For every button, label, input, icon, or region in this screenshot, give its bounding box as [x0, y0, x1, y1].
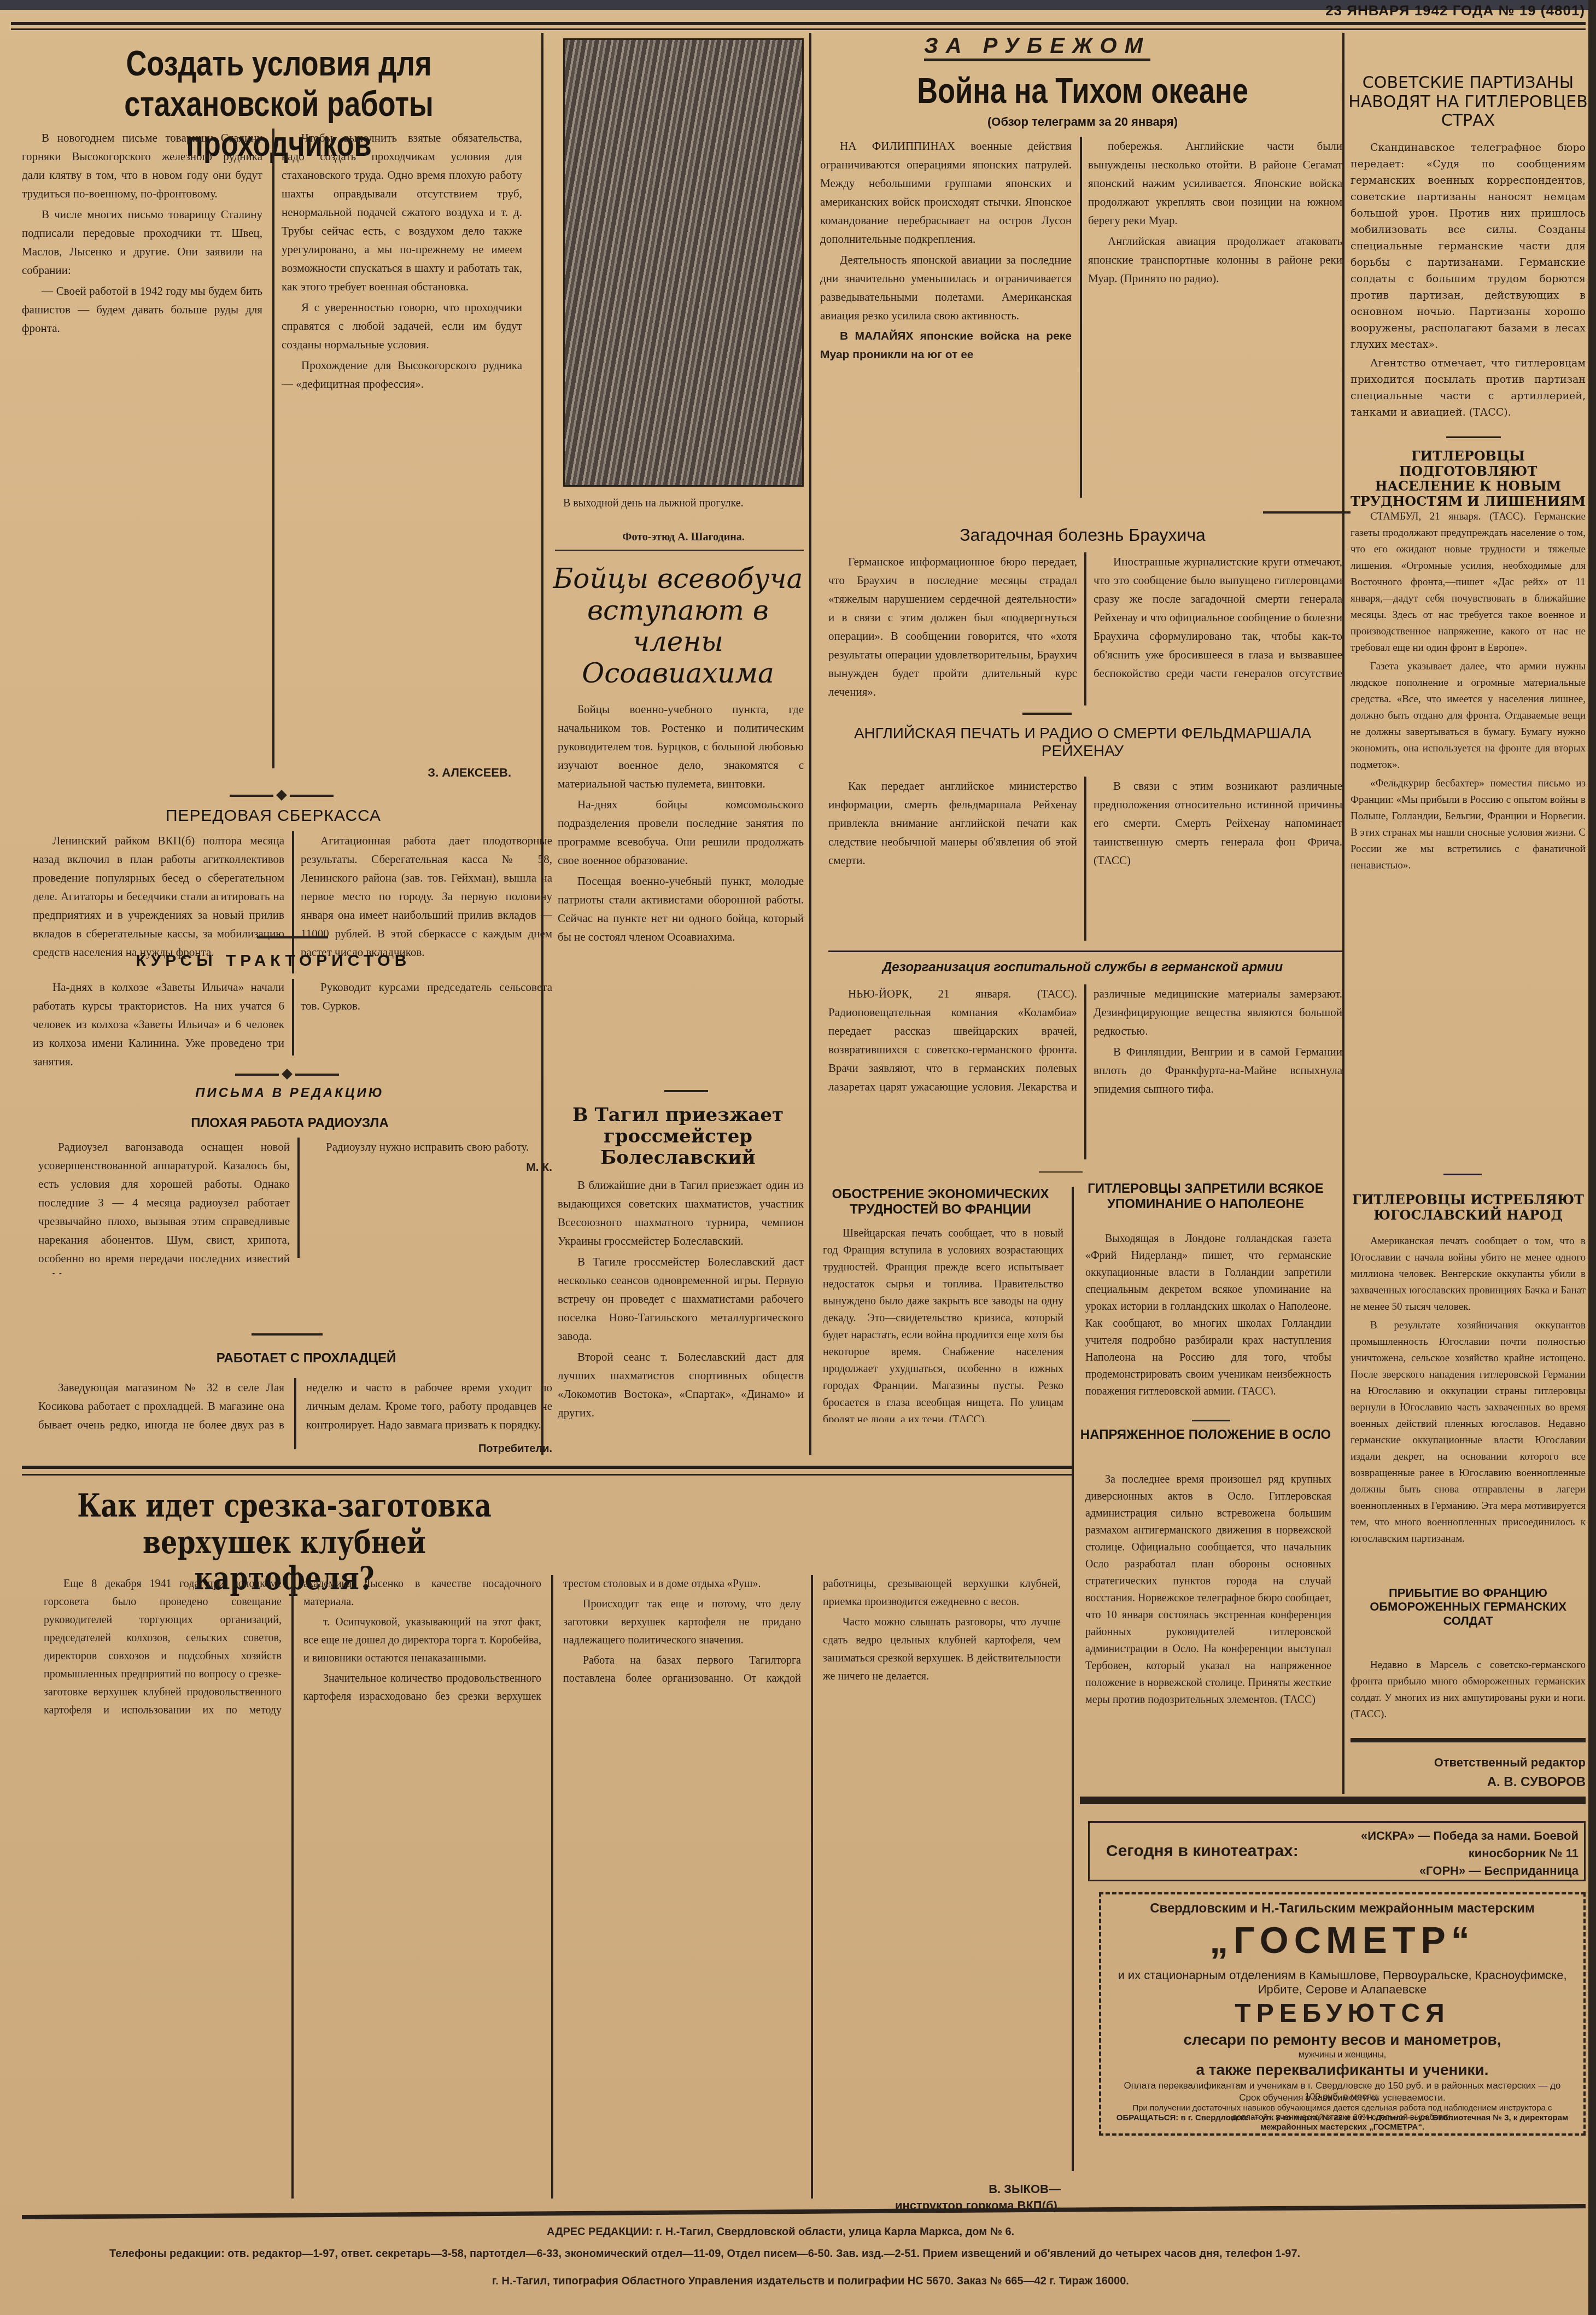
article-stakhanov-col2: Чтобы выполнить взятые обязательства, на…: [282, 129, 522, 763]
column-divider: [1072, 1187, 1074, 2171]
separator-line: [1446, 436, 1501, 438]
editor-rule: [1351, 1738, 1586, 1742]
gosmetr-ad: Свердловским и Н.-Тагильским межрайонным…: [1099, 1892, 1586, 2136]
section-letters: ПИСЬМА В РЕДАКЦИЮ: [22, 1086, 558, 1101]
article-radio-col2: Радиоузлу нужно исправить свою работу. М…: [306, 1138, 552, 1274]
column-divider: [292, 979, 294, 1056]
footer-address: АДРЕС РЕДАКЦИИ: г. Н.-Тагил, Свердловско…: [547, 2226, 1586, 2238]
paragraph: Выходящая в Лондоне голландская газета «…: [1085, 1231, 1331, 1395]
binding-edge: [1588, 0, 1596, 2315]
cinema-box: Сегодня в кинотеатрах: «ИСКРА» — Победа …: [1088, 1821, 1586, 1881]
headline-shop: РАБОТАЕТ С ПРОХЛАДЦЕЙ: [22, 1351, 591, 1366]
headline-radio: ПЛОХАЯ РАБОТА РАДИОУЗЛА: [22, 1116, 558, 1131]
ad-gender: мужчины и женщины,: [1101, 2050, 1583, 2060]
headline-napoleon: ГИТЛЕРОВЦЫ ЗАПРЕТИЛИ ВСЯКОЕ УПОМИНАНИЕ О…: [1077, 1181, 1334, 1211]
paragraph: Часто можно слышать разговоры, что лучше…: [823, 1613, 1061, 1686]
headline-partisans: СОВЕТСКИЕ ПАРТИЗАНЫ НАВОДЯТ НА ГИТЛЕРОВЦ…: [1348, 74, 1588, 131]
paragraph: Швейцарская печать сообщает, что в новый…: [823, 1225, 1063, 1422]
paragraph: Агитационная работа дает плодотворные ре…: [301, 831, 552, 961]
article-frostbite: Недавно в Марсель с советско-германского…: [1351, 1657, 1586, 1734]
paragraph: Чтобы выполнить взятые обязательства, на…: [282, 129, 522, 296]
paragraph: Бойцы военно-учебного пункта, где началь…: [558, 700, 804, 793]
paragraph: Посещая военно-учебный пункт, молодые па…: [558, 872, 804, 946]
column-divider: [1080, 137, 1082, 498]
paragraph: В МАЛАЙЯХ японские войска на реке Муар п…: [820, 327, 1072, 364]
ornament-line: [295, 1074, 339, 1076]
photo-credit: Фото-этюд А. Шагодина.: [563, 529, 804, 545]
article-potato: Еще 8 декабря 1941 года при исполкоме го…: [44, 1575, 1061, 2199]
separator-line: [252, 1333, 323, 1336]
column-divider: [809, 33, 811, 1455]
headline-tractor: КУРСЫ ТРАКТОРИСТОВ: [22, 952, 525, 971]
ad-branches: и их стационарным отделениям в Камышлове…: [1101, 1968, 1583, 1997]
footer-printer: г. Н.-Тагил, типография Областного Управ…: [492, 2275, 1531, 2288]
paragraph: В Тагиле гроссмейстер Болеславский даст …: [558, 1252, 804, 1345]
article-tractor-col1: На-днях в колхозе «Заветы Ильича» начали…: [33, 978, 284, 1076]
article-pacific-col2: побережья. Английские части были вынужде…: [1088, 137, 1342, 498]
paragraph: Как передает английское министерство инф…: [828, 777, 1077, 870]
article-stakhanov-col1: В новогоднем письме товарищу Сталину гор…: [22, 129, 262, 768]
paragraph: В числе многих письмо товарищу Сталину п…: [22, 205, 262, 279]
headline-hospital: Дезорганизация госпитальной службы в гер…: [815, 960, 1351, 975]
column-divider: [1342, 33, 1344, 1794]
editor-label: Ответственный редактор: [1351, 1756, 1586, 1770]
cinema-listing-gorn: «ГОРН» — Бесприданница: [1322, 1862, 1579, 1880]
paragraph: Радиоузлу нужно исправить свою работу.: [306, 1138, 552, 1156]
paragraph: побережья. Английские части были вынужде…: [1088, 137, 1342, 230]
paragraph: Происходит так еще и потому, что делу за…: [563, 1595, 801, 1649]
paragraph: НА ФИЛИППИНАХ военные действия ограничив…: [820, 137, 1072, 248]
paragraph: В связи с этим возникают различные предп…: [1094, 777, 1342, 870]
article-napoleon: Выходящая в Лондоне голландская газета «…: [1085, 1231, 1331, 1395]
ornament-line: [235, 1074, 279, 1076]
headline-oslo: НАПРЯЖЕННОЕ ПОЛОЖЕНИЕ В ОСЛО: [1077, 1427, 1334, 1443]
paragraph: Ленинский райком ВКП(б) полтора месяца н…: [33, 831, 284, 961]
paragraph: Германское информационное бюро передает,…: [828, 552, 1077, 701]
paragraph: т. Осипчуковой, указывающий на этот факт…: [303, 1613, 541, 1667]
ad-intro: Свердловским и Н.-Тагильским межрайонным…: [1101, 1901, 1583, 1916]
separator-line: [1263, 511, 1351, 514]
section-abroad: ЗА РУБЕЖОМ: [924, 34, 1150, 61]
paragraph: Агентство отмечает, что гитлеровцам прих…: [1351, 355, 1586, 421]
column-divider: [297, 1138, 300, 1258]
ornament-line: [290, 795, 334, 797]
paragraph: За последнее время произошел ряд крупных…: [1085, 1471, 1331, 1708]
headline-france: ОБОСТРЕНИЕ ЭКОНОМИЧЕСКИХ ТРУДНОСТЕЙ ВО Ф…: [815, 1187, 1066, 1217]
signature-zykov: В. ЗЫКОВ—: [809, 2182, 1061, 2196]
article-hospital: НЬЮ-ЙОРК, 21 января. (ТАСС). Радиоповеща…: [828, 984, 1342, 1159]
article-brauchitsch: Германское информационное бюро передает,…: [828, 552, 1342, 705]
ad-brand: „ГОСМЕТР“: [1101, 1919, 1583, 1962]
article-tractor-col2: Руководит курсами председатель сельсовет…: [301, 978, 552, 1076]
article-partisans: Скандинавское телеграфное бюро передает:…: [1351, 139, 1586, 435]
headline-boleslavsky: В Тагил приезжает гроссмейстер Болеславс…: [552, 1105, 804, 1169]
paragraph: Деятельность японской авиации за последн…: [820, 250, 1072, 325]
column-divider: [541, 33, 543, 1455]
article-hardships: СТАМБУЛ, 21 января. (ТАСС). Германские г…: [1351, 509, 1586, 1165]
cinema-listings: «ИСКРА» — Победа за нами. Боевой киносбо…: [1322, 1827, 1579, 1880]
issue-date: 23 ЯНВАРЯ 1942 ГОДА № 19 (4801): [1325, 2, 1585, 19]
separator-line: [1039, 1171, 1083, 1173]
headline-osoaviakhim: Бойцы всевобуча вступают в члены Осоавиа…: [552, 563, 804, 689]
paragraph: Иностранные журналистские круги отмечают…: [1094, 552, 1342, 705]
article-reichenau: Как передает английское министерство инф…: [828, 777, 1342, 941]
headline-yugoslav: ГИТЛЕРОВЦЫ ИСТРЕБЛЯЮТ ЮГОСЛАВСКИЙ НАРОД: [1348, 1192, 1588, 1222]
cinema-listing-iskra: «ИСКРА» — Победа за нами. Боевой киносбо…: [1322, 1827, 1579, 1862]
paragraph: Английская авиация продолжает атаковать …: [1088, 232, 1342, 288]
paragraph: В Финляндии, Венгрии и в самой Германии …: [1094, 1042, 1342, 1098]
ornament-line: [230, 795, 273, 797]
paragraph: На-днях бойцы комсомольского подразделен…: [558, 795, 804, 870]
separator-line: [1192, 1420, 1230, 1421]
article-oslo: За последнее время произошел ряд крупных…: [1085, 1471, 1331, 1794]
top-rule-thin: [11, 28, 1586, 30]
paragraph: Скандинавское телеграфное бюро передает:…: [1351, 139, 1586, 353]
paragraph: — Своей работой в 1942 году мы будем бит…: [22, 282, 262, 337]
paragraph: Прохождение для Высокогорского рудника —…: [282, 356, 522, 393]
section-rule: [22, 1466, 1072, 1469]
signature-alekseev: З. АЛЕКСЕЕВ.: [282, 766, 511, 780]
article-boleslavsky: В ближайшие дни в Тагил приезжает один и…: [558, 1176, 804, 1449]
photo-caption: В выходной день на лыжной прогулке.: [563, 495, 804, 511]
headline-hardships: ГИТЛЕРОВЦЫ ПОДГОТОВЛЯЮТ НАСЕЛЕНИЕ К НОВЫ…: [1348, 448, 1588, 509]
ad-jobs: слесари по ремонту весов и манометров,: [1101, 2031, 1583, 2049]
footer-phones: Телефоны редакции: отв. редактор—1-97, о…: [109, 2248, 1586, 2260]
separator-line: [828, 951, 1342, 952]
signature-consumers: Потребители.: [306, 1443, 552, 1455]
separator-line: [257, 936, 328, 938]
article-osoaviakhim: Бойцы военно-учебного пункта, где началь…: [558, 700, 804, 1083]
editor-name: А. В. СУВОРОВ: [1351, 1775, 1586, 1790]
paragraph: В результате хозяйничания оккупантов про…: [1351, 1317, 1586, 1547]
paragraph: Заведующая магазином № 32 в селе Лая Кос…: [38, 1378, 552, 1435]
paragraph: Недавно в Марсель с советско-германского…: [1351, 1657, 1586, 1723]
article-pacific-col1: НА ФИЛИППИНАХ военные действия ограничив…: [820, 137, 1072, 498]
signature-mk: М. К.: [306, 1158, 552, 1177]
paragraph: В ближайшие дни в Тагил приезжает один и…: [558, 1176, 804, 1250]
headline-pacific: Война на Тихом океане: [863, 71, 1302, 112]
cinema-rule: [1080, 1797, 1586, 1804]
paragraph: СТАМБУЛ, 21 января. (ТАСС). Германские г…: [1351, 509, 1586, 656]
ad-term: Срок обучения в зависимости от успеваемо…: [1101, 2092, 1583, 2103]
headline-frostbite: ПРИБЫТИЕ ВО ФРАНЦИЮ ОБМОРОЖЕННЫХ ГЕРМАНС…: [1348, 1586, 1588, 1628]
ad-headline: ТРЕБУЮТСЯ: [1101, 1998, 1583, 2028]
paragraph: «Фельдкурир бесбахтер» поместил письмо и…: [1351, 775, 1586, 874]
headline-reichenau: АНГЛИЙСКАЯ ПЕЧАТЬ И РАДИО О СМЕРТИ ФЕЛЬД…: [815, 725, 1351, 760]
paragraph: Газета указывает далее, что армии нужны …: [1351, 658, 1586, 773]
article-radio-col1: Радиоузел вагонзавода оснащен новой усов…: [38, 1138, 290, 1274]
article-yugoslav: Американская печать сообщает о том, что …: [1351, 1233, 1586, 1572]
headline-brauchitsch: Загадочная болезнь Браухича: [815, 525, 1351, 545]
separator-line: [664, 1090, 708, 1092]
separator-line: [1443, 1174, 1482, 1175]
paragraph: Американская печать сообщает о том, что …: [1351, 1233, 1586, 1315]
headline-sberkassa: ПЕРЕДОВАЯ СБЕРКАССА: [22, 807, 525, 826]
paragraph: Второй сеанс т. Болеславский даст для лу…: [558, 1348, 804, 1422]
ad-contact: ОБРАЩАТЬСЯ: в г. Свердловске — ул. 8-го …: [1101, 2113, 1583, 2132]
paragraph: На-днях в колхозе «Заветы Ильича» начали…: [33, 978, 284, 1071]
section-rule-thin: [22, 1474, 1072, 1476]
article-france: Швейцарская печать сообщает, что в новый…: [823, 1225, 1063, 1422]
paragraph: Я с уверенностью говорю, что проходчики …: [282, 298, 522, 354]
paragraph: Руководит курсами председатель сельсовет…: [301, 978, 552, 1015]
cinema-label: Сегодня в кинотеатрах:: [1106, 1842, 1299, 1861]
paragraph: В новогоднем письме товарищу Сталину гор…: [22, 129, 262, 203]
top-rule: [11, 22, 1586, 25]
ski-photo: [563, 38, 804, 487]
paragraph: Радиоузел вагонзавода оснащен новой усов…: [38, 1138, 290, 1274]
separator-line: [1022, 713, 1072, 715]
article-shop: Заведующая магазином № 32 в селе Лая Кос…: [38, 1378, 552, 1449]
subheadline-pacific: (Обзор телеграмм за 20 января): [815, 115, 1351, 129]
column-divider: [272, 129, 274, 768]
separator-line: [555, 550, 804, 551]
ad-also: а также переквалификанты и ученики.: [1101, 2061, 1583, 2079]
